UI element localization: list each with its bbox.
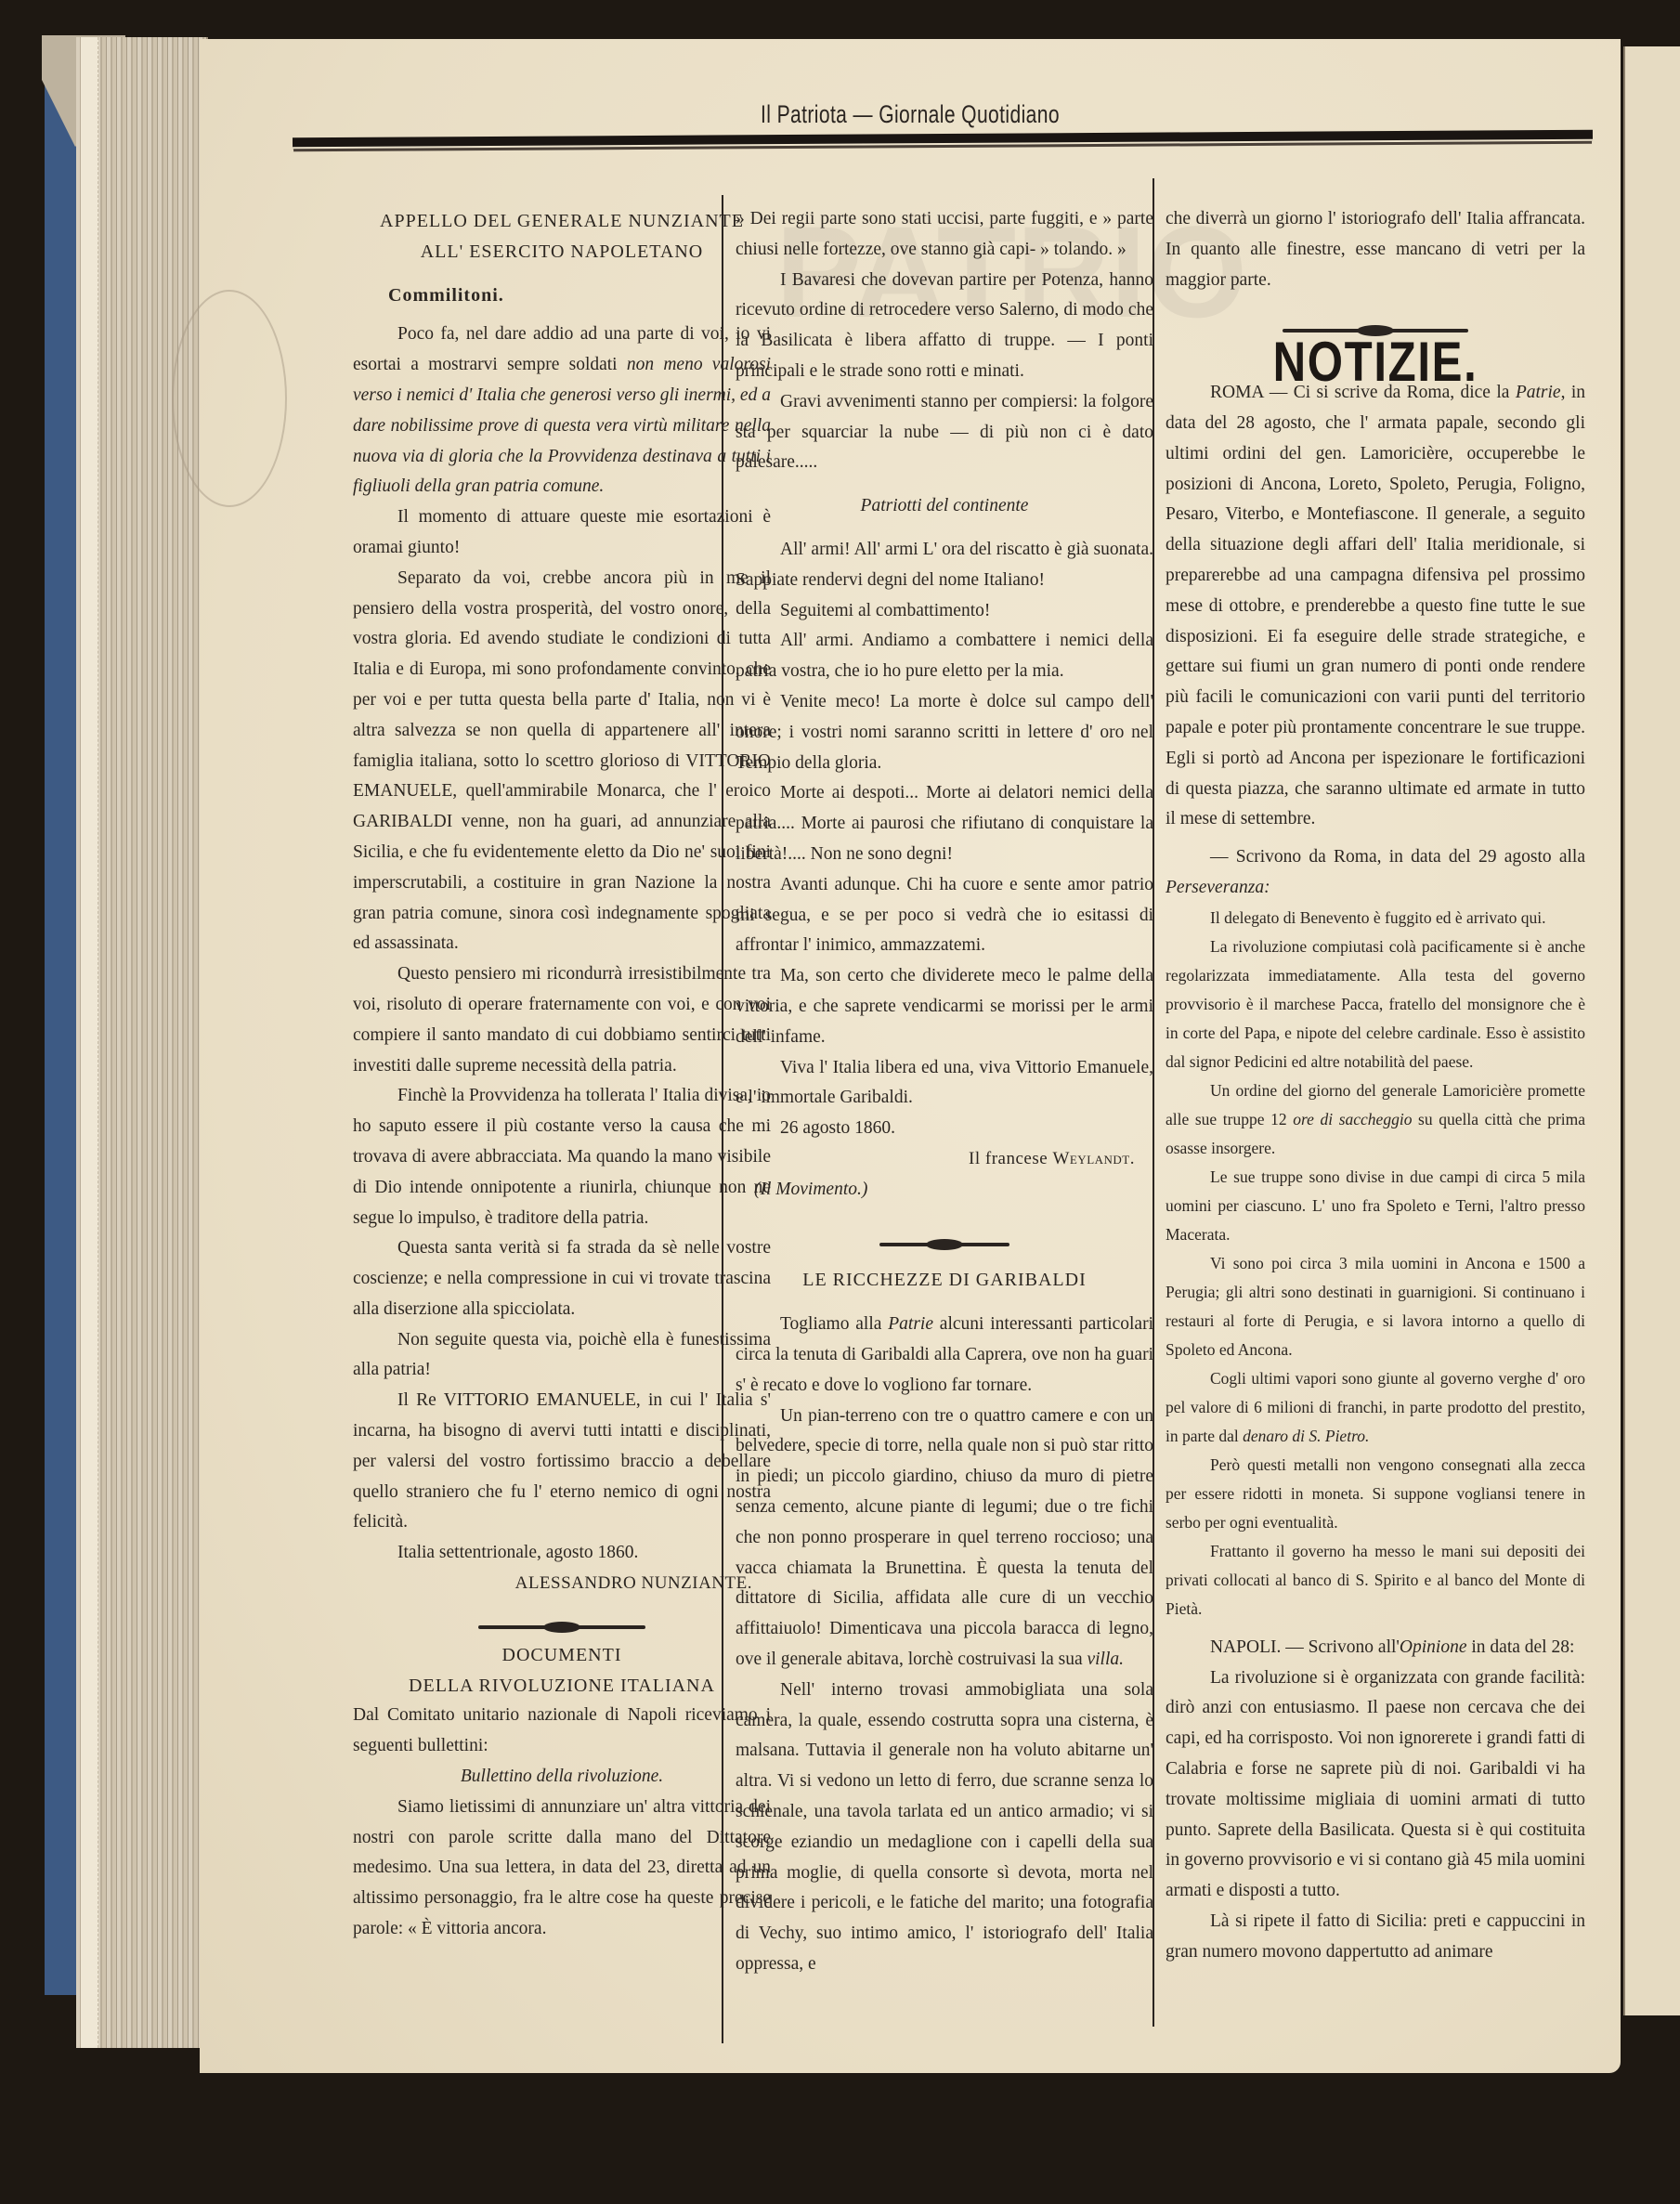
paragraph: La rivoluzione si è organizzata con gran… — [1166, 1663, 1585, 1907]
column-3: che diverrà un giorno l' istoriografo de… — [1166, 204, 1585, 1968]
paragraph-roma: ROMA — Ci si scrive da Roma, dice la Pat… — [1166, 378, 1585, 835]
library-stamp — [172, 290, 287, 507]
paragraph: I Bavaresi che dovevan partire per Poten… — [736, 266, 1153, 387]
bulletin-title: Bullettino della rivoluzione. — [353, 1762, 771, 1793]
paragraph-napoli: NAPOLI. — Scrivono all'Opinione in data … — [1166, 1633, 1585, 1663]
paragraph: Nell' interno trovasi ammobigliata una s… — [736, 1676, 1153, 1980]
intro-paragraph: Dal Comitato unitario nazionale di Napol… — [353, 1701, 771, 1762]
paragraph: Gravi avvenimenti stanno per compiersi: … — [736, 387, 1153, 478]
fleuron-ornament — [1166, 316, 1585, 327]
fleuron-ornament — [736, 1230, 1153, 1241]
header-rule — [293, 130, 1593, 150]
paragraph: Un ordine del giorno del generale Lamori… — [1166, 1076, 1585, 1163]
paragraph: All' armi. Andiamo a combattere i nemici… — [736, 626, 1153, 687]
paragraph: Non seguite questa via, poichè ella è fu… — [353, 1325, 771, 1387]
paragraph: Siamo lietissimi di annunziare un' altra… — [353, 1793, 771, 1945]
paragraph: — Scrivono da Roma, in data del 29 agost… — [1166, 842, 1585, 904]
salutation: Commilitoni. — [388, 280, 771, 311]
section-title-line1: DOCUMENTI — [353, 1640, 771, 1671]
article-title-line2: ALL' ESERCITO NAPOLETANO — [353, 237, 771, 267]
paragraph: Avanti adunque. Chi ha cuore e sente amo… — [736, 870, 1153, 961]
paragraph: Seguitemi al combattimento! — [736, 596, 1153, 627]
column-1: APPELLO DEL GENERALE NUNZIANTE ALL' ESER… — [353, 206, 771, 1945]
facing-page-edge — [1623, 46, 1680, 2015]
paragraph: Il Re VITTORIO EMANUELE, in cui l' Itali… — [353, 1386, 771, 1538]
paragraph-continuation: che diverrà un giorno l' istoriografo de… — [1166, 204, 1585, 295]
paragraph: Frattanto il governo ha messo le mani su… — [1166, 1537, 1585, 1624]
subhead: Patriotti del continente — [736, 491, 1153, 522]
signature: Il francese Weylandt. — [736, 1144, 1153, 1175]
paragraph: Però questi metalli non vengono consegna… — [1166, 1451, 1585, 1537]
paragraph: All' armi! All' armi L' ora del riscatto… — [736, 535, 1153, 596]
paragraph: Separato da voi, crebbe ancora più in me… — [353, 564, 771, 959]
dateline: Italia settentrionale, agosto 1860. — [353, 1538, 771, 1569]
date: 26 agosto 1860. — [736, 1114, 1153, 1144]
paragraph: Viva l' Italia libera ed una, viva Vitto… — [736, 1053, 1153, 1115]
article-title-line1: APPELLO DEL GENERALE NUNZIANTE — [353, 206, 771, 237]
paragraph: Questo pensiero mi ricondurrà irresistib… — [353, 959, 771, 1081]
signature: ALESSANDRO NUNZIANTE. — [353, 1569, 771, 1599]
paragraph: Poco fa, nel dare addio ad una parte di … — [353, 320, 771, 502]
paragraph: Venite meco! La morte è dolce sul campo … — [736, 687, 1153, 778]
section-title: LE RICCHEZZE DI GARIBALDI — [736, 1265, 1153, 1296]
source-credit: (Il Movimento.) — [736, 1175, 1153, 1206]
paragraph: Morte ai despoti... Morte ai delatori ne… — [736, 778, 1153, 869]
section-title-notizie: NOTIZIE. — [1204, 347, 1548, 378]
quote-continuation: » Dei regii parte sono stati uccisi, par… — [736, 204, 1153, 266]
section-title-line2: DELLA RIVOLUZIONE ITALIANA — [353, 1671, 771, 1702]
paragraph: La rivoluzione compiutasi colà pacificam… — [1166, 932, 1585, 1076]
paragraph: Cogli ultimi vapori sono giunte al gover… — [1166, 1364, 1585, 1451]
running-head: Il Patriota — Giornale Quotidiano — [356, 100, 1464, 129]
paragraph: Il delegato di Benevento è fuggito ed è … — [1166, 904, 1585, 932]
paragraph: Le sue truppe sono divise in due campi d… — [1166, 1163, 1585, 1249]
paragraph: Il momento di attuare queste mie esortaz… — [353, 502, 771, 564]
newspaper-page: PATRIO Il Patriota — Giornale Quotidiano… — [200, 39, 1621, 2073]
paragraph: Un pian-terreno con tre o quattro camere… — [736, 1402, 1153, 1676]
paragraph: Là si ripete il fatto di Sicilia: preti … — [1166, 1907, 1585, 1968]
paragraph: Togliamo alla Patrie alcuni interessanti… — [736, 1310, 1153, 1401]
column-2: » Dei regii parte sono stati uccisi, par… — [736, 204, 1153, 1980]
paragraph: Vi sono poi circa 3 mila uomini in Ancon… — [1166, 1249, 1585, 1364]
paragraph: Questa santa verità si fa strada da sè n… — [353, 1233, 771, 1324]
paragraph: Finchè la Provvidenza ha tollerata l' It… — [353, 1081, 771, 1233]
paragraph: Ma, son certo che dividerete meco le pal… — [736, 961, 1153, 1052]
fleuron-ornament — [353, 1612, 771, 1624]
